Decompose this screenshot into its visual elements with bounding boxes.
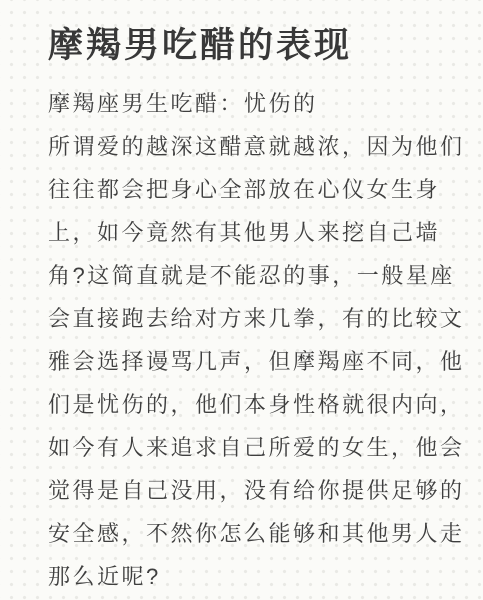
body-line: 会直接跑去给对方来几拳，有的比较文 (48, 297, 453, 340)
body-line: 摩羯座男生吃醋：忧伤的 (48, 82, 453, 125)
body-line: 往往都会把身心全部放在心仪女生身 (48, 168, 453, 211)
body-line: 那么近呢? (48, 555, 453, 598)
body-line: 上，如今竟然有其他男人来挖自己墙 (48, 211, 453, 254)
body-text: 摩羯座男生吃醋：忧伤的 所谓爱的越深这醋意就越浓，因为他们 往往都会把身心全部放… (48, 82, 453, 598)
body-line: 角?这简直就是不能忍的事，一般星座 (48, 254, 453, 297)
body-line: 觉得是自己没用，没有给你提供足够的 (48, 469, 453, 512)
body-line: 安全感，不然你怎么能够和其他男人走 (48, 512, 453, 555)
body-line: 如今有人来追求自己所爱的女生，他会 (48, 426, 453, 469)
body-line: 雅会选择谩骂几声，但摩羯座不同，他 (48, 340, 453, 383)
body-line: 们是忧伤的，他们本身性格就很内向， (48, 383, 453, 426)
page-title: 摩羯男吃醋的表现 (48, 24, 453, 68)
body-line: 所谓爱的越深这醋意就越浓，因为他们 (48, 125, 453, 168)
article: 摩羯男吃醋的表现 摩羯座男生吃醋：忧伤的 所谓爱的越深这醋意就越浓，因为他们 往… (0, 0, 483, 598)
